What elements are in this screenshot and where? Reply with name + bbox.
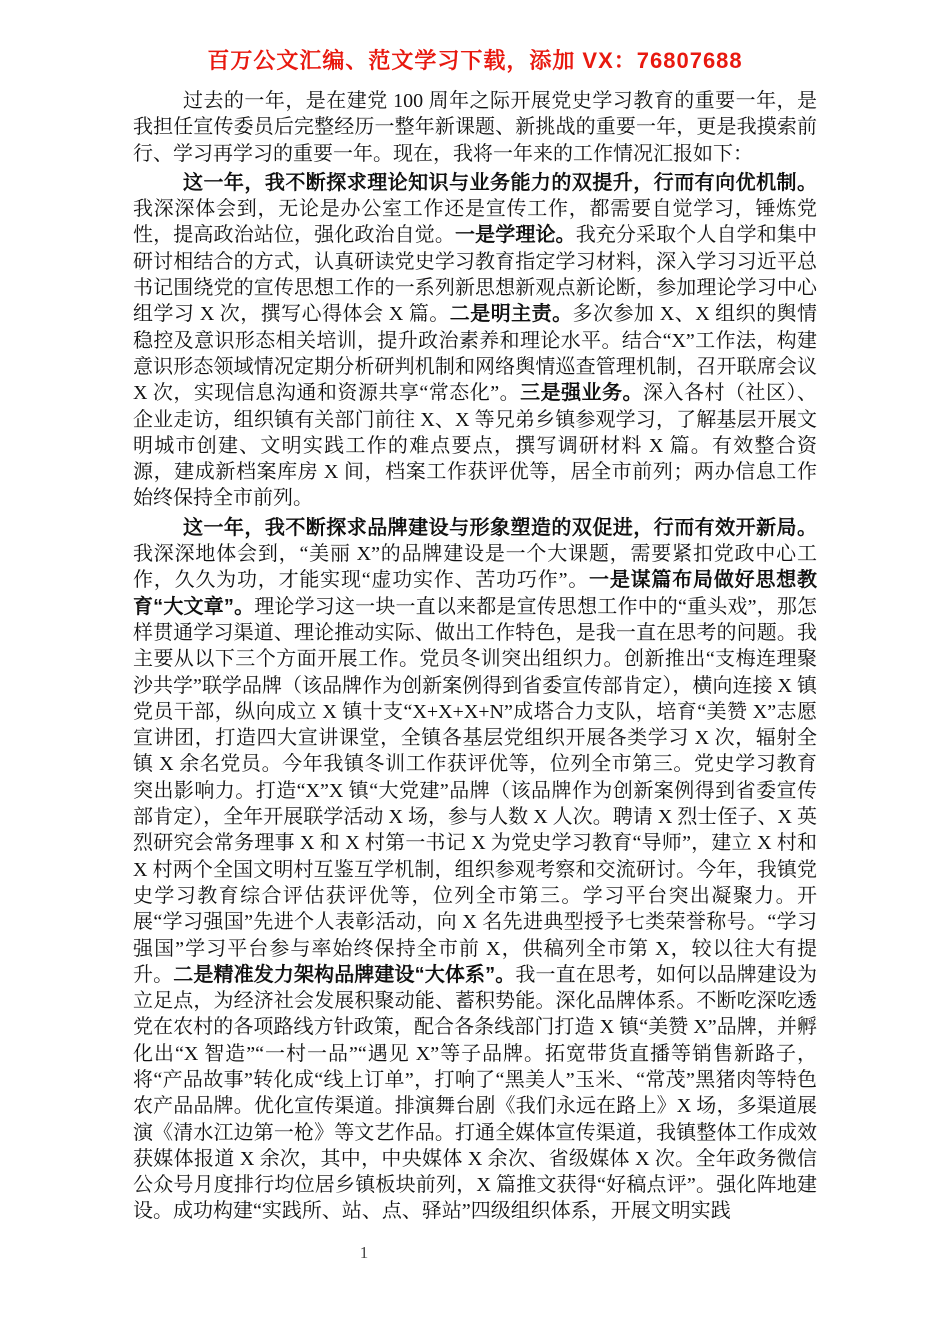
text-run: 我一直在思考，如何以品牌建设为立足点，为经济社会发展积聚动能、蓄积势能。深化品牌… [133,964,817,1223]
text-run-bold: 三是强业务。 [520,382,643,404]
text-run: 过去的一年，是在建党 100 周年之际开展党史学习教育的重要一年，是我担任宣传委… [133,90,817,165]
text-run-bold: 这一年，我不断探求品牌建设与形象塑造的双促进，行而有效开新局。 [183,517,817,539]
page-number: 1 [356,1243,372,1263]
document-page: 百万公文汇编、范文学习下载，添加 VX：76807688 过去的一年，是在建党 … [0,0,950,1344]
text-run-bold: 二是精准发力架构品牌建设“大体系”。 [173,964,515,986]
document-body: 过去的一年，是在建党 100 周年之际开展党史学习教育的重要一年，是我担任宣传委… [133,88,817,1225]
text-run: 理论学习这一块一直以来都是宣传思想工作中的“重头戏”，那怎样贯通学习渠道、理论推… [133,596,817,986]
paragraph: 过去的一年，是在建党 100 周年之际开展党史学习教育的重要一年，是我担任宣传委… [133,88,817,167]
text-run-bold: 一是学理论。 [455,224,576,246]
paragraph: 这一年，我不断探求品牌建设与形象塑造的双促进，行而有效开新局。我深深地体会到，“… [133,515,817,1225]
text-run-bold: 二是明主责。 [450,303,573,325]
paragraph: 这一年，我不断探求理论知识与业务能力的双提升，行而有向优机制。我深深体会到，无论… [133,170,817,512]
text-run-bold: 这一年，我不断探求理论知识与业务能力的双提升，行而有向优机制。 [183,172,817,194]
ad-banner-text: 百万公文汇编、范文学习下载，添加 VX：76807688 [0,44,950,75]
